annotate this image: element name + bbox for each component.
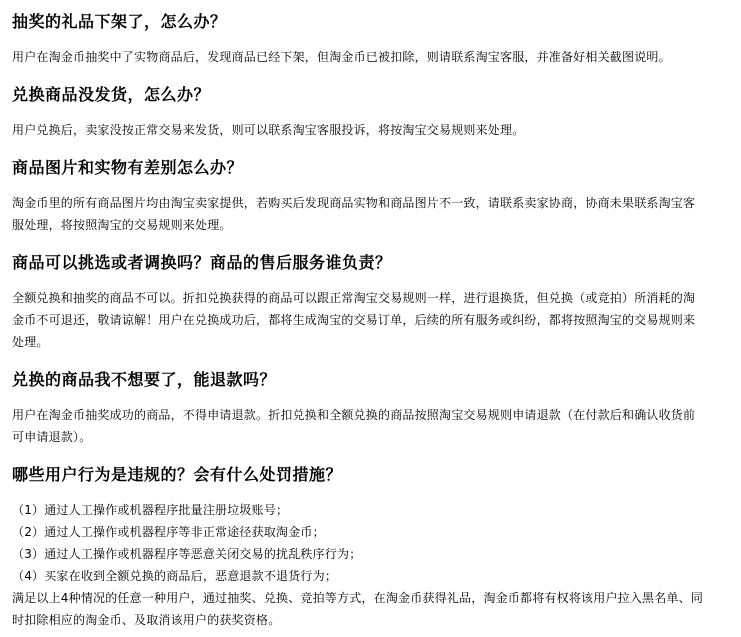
faq-section-refund: 兑换的商品我不想要了，能退款吗？ 用户在淘金币抽奖成功的商品，不得申请退款。折扣…	[12, 370, 705, 448]
faq-heading: 商品可以挑选或者调换吗？商品的售后服务谁负责？	[12, 253, 705, 273]
faq-heading: 哪些用户行为是违规的？会有什么处罚措施？	[12, 465, 705, 485]
faq-section-violations: 哪些用户行为是违规的？会有什么处罚措施？ （1）通过人工操作或机器程序批量注册垃…	[12, 465, 705, 631]
faq-violation-item-2: （2）通过人工操作或机器程序等非正常途径获取淘金币；	[12, 521, 705, 543]
faq-heading: 商品图片和实物有差别怎么办？	[12, 158, 705, 178]
faq-heading: 抽奖的礼品下架了，怎么办？	[12, 12, 705, 32]
faq-heading: 兑换商品没发货，怎么办？	[12, 85, 705, 105]
faq-section-exchange-service: 商品可以挑选或者调换吗？商品的售后服务谁负责？ 全额兑换和抽奖的商品不可以。折扣…	[12, 253, 705, 353]
faq-violation-penalty: 满足以上4种情况的任意一种用户，通过抽奖、兑换、竞拍等方式，在淘金币获得礼品，淘…	[12, 587, 705, 631]
faq-section-prize-removed: 抽奖的礼品下架了，怎么办？ 用户在淘金币抽奖中了实物商品后，发现商品已经下架，但…	[12, 12, 705, 68]
faq-paragraph: 用户在淘金币抽奖成功的商品，不得申请退款。折扣兑换和全额兑换的商品按照淘宝交易规…	[12, 404, 705, 448]
faq-paragraph: 全额兑换和抽奖的商品不可以。折扣兑换获得的商品可以跟正常淘宝交易规则一样，进行退…	[12, 287, 705, 353]
faq-section-not-shipped: 兑换商品没发货，怎么办？ 用户兑换后，卖家没按正常交易来发货，则可以联系淘宝客服…	[12, 85, 705, 141]
faq-paragraph: 用户在淘金币抽奖中了实物商品后，发现商品已经下架，但淘金币已被扣除，则请联系淘宝…	[12, 46, 705, 68]
faq-violation-item-4: （4）买家在收到全额兑换的商品后，恶意退款不退货行为；	[12, 565, 705, 587]
faq-violation-item-3: （3）通过人工操作或机器程序等恶意关闭交易的扰乱秩序行为；	[12, 543, 705, 565]
faq-violation-item-1: （1）通过人工操作或机器程序批量注册垃圾账号；	[12, 499, 705, 521]
faq-page: 抽奖的礼品下架了，怎么办？ 用户在淘金币抽奖中了实物商品后，发现商品已经下架，但…	[0, 0, 741, 631]
faq-heading: 兑换的商品我不想要了，能退款吗？	[12, 370, 705, 390]
faq-paragraph: 淘金币里的所有商品图片均由淘宝卖家提供，若购买后发现商品实物和商品图片不一致，请…	[12, 192, 705, 236]
faq-paragraph: 用户兑换后，卖家没按正常交易来发货，则可以联系淘宝客服投诉，将按淘宝交易规则来处…	[12, 119, 705, 141]
faq-section-image-mismatch: 商品图片和实物有差别怎么办？ 淘金币里的所有商品图片均由淘宝卖家提供，若购买后发…	[12, 158, 705, 236]
